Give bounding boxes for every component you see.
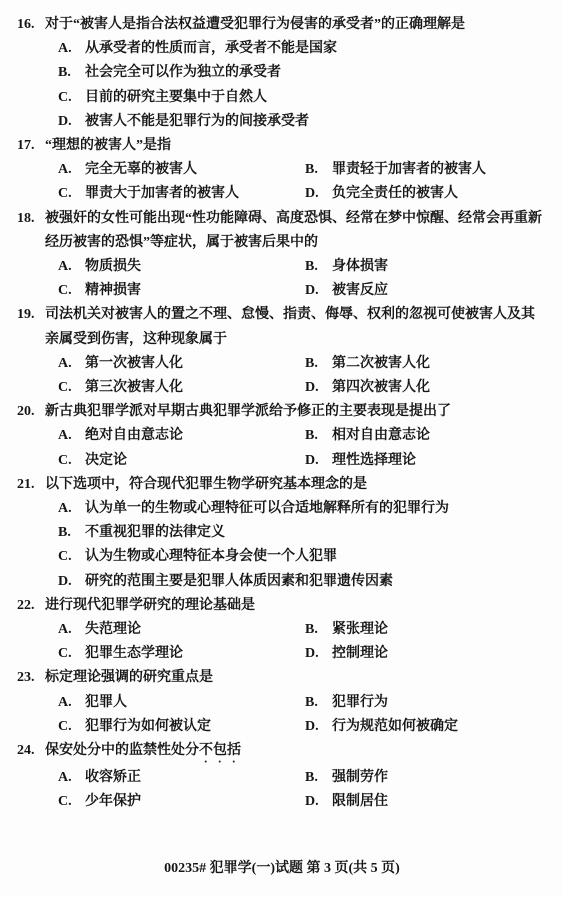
option-text: 物质损失 [85,259,141,274]
question-24: 24. 保安处分中的监禁性处分不包括 A.收容矫正 B.强制劳作 C.少年保护 … [17,739,547,814]
option-text: 身体损害 [332,259,388,274]
option-label: B. [305,255,332,279]
option-text: 犯罪行为 [332,695,388,710]
option-label: D. [58,110,85,134]
question-22: 22. 进行现代犯罪学研究的理论基础是 A.失范理论 B.紧张理论 C.犯罪生态… [17,594,547,667]
option-label: A. [58,424,85,448]
question-number: 16. [17,13,45,37]
options-list: A.收容矫正 B.强制劳作 C.少年保护 D.限制居住 [58,766,547,814]
option-label: D. [305,376,332,400]
option-label: C. [58,376,85,400]
option-24-a: A.收容矫正 [58,766,305,790]
option-text: 目前的研究主要集中于自然人 [85,90,267,105]
option-text: 第一次被害人化 [85,356,183,371]
option-24-c: C.少年保护 [58,790,305,814]
option-20-c: C.决定论 [58,449,305,473]
question-stem: 以下选项中，符合现代犯罪生物学研究基本理念的是 [45,473,547,497]
option-17-a: A.完全无辜的被害人 [58,158,305,182]
option-22-c: C.犯罪生态学理论 [58,642,305,666]
option-17-d: D.负完全责任的被害人 [305,182,547,206]
question-stem-row: 24. 保安处分中的监禁性处分不包括 [17,739,547,766]
option-label: A. [58,352,85,376]
option-label: B. [305,352,332,376]
question-number: 20. [17,400,45,424]
option-label: B. [58,521,85,545]
option-text: 决定论 [85,453,127,468]
question-stem-row: 23. 标定理论强调的研究重点是 [17,666,547,690]
question-19: 19. 司法机关对被害人的置之不理、怠慢、指责、侮辱、权利的忽视可使被害人及其亲… [17,303,547,400]
options-list: A.失范理论 B.紧张理论 C.犯罪生态学理论 D.控制理论 [58,618,547,666]
question-stem-row: 16. 对于“被害人是指合法权益遭受犯罪行为侵害的承受者”的正确理解是 [17,13,547,37]
option-text: 控制理论 [332,646,388,661]
option-label: D. [305,715,332,739]
option-23-d: D.行为规范如何被确定 [305,715,547,739]
question-number: 24. [17,739,45,763]
question-stem-emphasis: 不包括 [199,743,241,758]
option-19-b: B.第二次被害人化 [305,352,547,376]
question-stem: 标定理论强调的研究重点是 [45,666,547,690]
option-text: 研究的范围主要是犯罪人体质因素和犯罪遗传因素 [85,574,393,589]
option-label: D. [305,279,332,303]
option-18-d: D.被害反应 [305,279,547,303]
question-stem-text: 保安处分中的监禁性处分 [45,743,199,758]
options-list: A.从承受者的性质而言，承受者不能是国家 B.社会完全可以作为独立的承受者 C.… [58,37,547,134]
option-label: A. [58,691,85,715]
option-label: B. [305,618,332,642]
option-21-c: C.认为生物或心理特征本身会使一个人犯罪 [58,545,547,569]
option-17-c: C.罪责大于加害者的被害人 [58,182,305,206]
question-number: 17. [17,134,45,158]
option-20-b: B.相对自由意志论 [305,424,547,448]
option-label: C. [58,182,85,206]
option-label: C. [58,545,85,569]
option-21-b: B.不重视犯罪的法律定义 [58,521,547,545]
option-16-c: C.目前的研究主要集中于自然人 [58,86,547,110]
option-label: D. [305,449,332,473]
option-label: D. [305,790,332,814]
option-text: 少年保护 [85,794,141,809]
option-text: 第四次被害人化 [332,380,430,395]
question-20: 20. 新古典犯罪学派对早期古典犯罪学派给予修正的主要表现是提出了 A.绝对自由… [17,400,547,473]
option-label: C. [58,86,85,110]
option-24-d: D.限制居住 [305,790,547,814]
question-number: 21. [17,473,45,497]
option-text: 完全无辜的被害人 [85,162,197,177]
option-text: 第二次被害人化 [332,356,430,371]
option-label: A. [58,37,85,61]
question-stem: 对于“被害人是指合法权益遭受犯罪行为侵害的承受者”的正确理解是 [45,13,547,37]
option-16-b: B.社会完全可以作为独立的承受者 [58,61,547,85]
option-label: B. [305,158,332,182]
option-text: 精神损害 [85,283,141,298]
option-label: A. [58,255,85,279]
question-17: 17. “理想的被害人”是指 A.完全无辜的被害人 B.罪责轻于加害者的被害人 … [17,134,547,207]
option-text: 强制劳作 [332,770,388,785]
option-label: B. [305,766,332,790]
option-18-c: C.精神损害 [58,279,305,303]
options-list: A.完全无辜的被害人 B.罪责轻于加害者的被害人 C.罪责大于加害者的被害人 D… [58,158,547,206]
option-18-b: B.身体损害 [305,255,547,279]
option-label: A. [58,618,85,642]
option-text: 犯罪行为如何被认定 [85,719,211,734]
question-stem-row: 22. 进行现代犯罪学研究的理论基础是 [17,594,547,618]
option-label: D. [305,642,332,666]
option-text: 社会完全可以作为独立的承受者 [85,65,281,80]
option-label: C. [58,449,85,473]
option-17-b: B.罪责轻于加害者的被害人 [305,158,547,182]
option-19-a: A.第一次被害人化 [58,352,305,376]
exam-page: 16. 对于“被害人是指合法权益遭受犯罪行为侵害的承受者”的正确理解是 A.从承… [0,0,563,881]
question-stem-row: 21. 以下选项中，符合现代犯罪生物学研究基本理念的是 [17,473,547,497]
option-text: 负完全责任的被害人 [332,186,458,201]
options-list: A.认为单一的生物或心理特征可以合适地解释所有的犯罪行为 B.不重视犯罪的法律定… [58,497,547,594]
question-stem-row: 17. “理想的被害人”是指 [17,134,547,158]
options-list: A.犯罪人 B.犯罪行为 C.犯罪行为如何被认定 D.行为规范如何被确定 [58,691,547,739]
option-text: 失范理论 [85,622,141,637]
option-text: 理性选择理论 [332,453,416,468]
option-16-d: D.被害人不能是犯罪行为的间接承受者 [58,110,547,134]
question-number: 22. [17,594,45,618]
option-label: A. [58,766,85,790]
option-19-d: D.第四次被害人化 [305,376,547,400]
option-label: D. [305,182,332,206]
option-22-b: B.紧张理论 [305,618,547,642]
question-stem: 新古典犯罪学派对早期古典犯罪学派给予修正的主要表现是提出了 [45,400,547,424]
option-label: B. [305,424,332,448]
option-text: 绝对自由意志论 [85,428,183,443]
option-text: 第三次被害人化 [85,380,183,395]
question-23: 23. 标定理论强调的研究重点是 A.犯罪人 B.犯罪行为 C.犯罪行为如何被认… [17,666,547,739]
option-22-d: D.控制理论 [305,642,547,666]
option-label: A. [58,158,85,182]
question-stem: 司法机关对被害人的置之不理、怠慢、指责、侮辱、权利的忽视可使被害人及其亲属受到伤… [45,303,547,351]
option-text: 犯罪生态学理论 [85,646,183,661]
option-19-c: C.第三次被害人化 [58,376,305,400]
question-stem-row: 20. 新古典犯罪学派对早期古典犯罪学派给予修正的主要表现是提出了 [17,400,547,424]
option-text: 收容矫正 [85,770,141,785]
option-label: B. [58,61,85,85]
option-label: B. [305,691,332,715]
option-text: 被害反应 [332,283,388,298]
question-stem: 保安处分中的监禁性处分不包括 [45,739,547,766]
option-18-a: A.物质损失 [58,255,305,279]
options-list: A.物质损失 B.身体损害 C.精神损害 D.被害反应 [58,255,547,303]
question-number: 19. [17,303,45,327]
question-number: 23. [17,666,45,690]
option-label: C. [58,715,85,739]
option-text: 从承受者的性质而言，承受者不能是国家 [85,41,337,56]
question-stem-row: 18. 被强奸的女性可能出现“性功能障碍、高度恐惧、经常在梦中惊醒、经常会再重新… [17,207,547,255]
question-number: 18. [17,207,45,231]
option-text: 罪责轻于加害者的被害人 [332,162,486,177]
question-stem-row: 19. 司法机关对被害人的置之不理、怠慢、指责、侮辱、权利的忽视可使被害人及其亲… [17,303,547,351]
options-list: A.第一次被害人化 B.第二次被害人化 C.第三次被害人化 D.第四次被害人化 [58,352,547,400]
option-21-a: A.认为单一的生物或心理特征可以合适地解释所有的犯罪行为 [58,497,547,521]
option-text: 紧张理论 [332,622,388,637]
option-text: 不重视犯罪的法律定义 [85,525,225,540]
option-text: 相对自由意志论 [332,428,430,443]
option-text: 犯罪人 [85,695,127,710]
question-stem: “理想的被害人”是指 [45,134,547,158]
options-list: A.绝对自由意志论 B.相对自由意志论 C.决定论 D.理性选择理论 [58,424,547,472]
option-label: C. [58,279,85,303]
option-22-a: A.失范理论 [58,618,305,642]
option-23-c: C.犯罪行为如何被认定 [58,715,305,739]
option-16-a: A.从承受者的性质而言，承受者不能是国家 [58,37,547,61]
option-label: C. [58,642,85,666]
option-text: 认为生物或心理特征本身会使一个人犯罪 [85,549,337,564]
option-20-a: A.绝对自由意志论 [58,424,305,448]
page-footer: 00235# 犯罪学(一)试题 第 3 页(共 5 页) [17,857,547,881]
option-text: 认为单一的生物或心理特征可以合适地解释所有的犯罪行为 [85,501,449,516]
option-20-d: D.理性选择理论 [305,449,547,473]
question-stem: 进行现代犯罪学研究的理论基础是 [45,594,547,618]
option-21-d: D.研究的范围主要是犯罪人体质因素和犯罪遗传因素 [58,570,547,594]
question-16: 16. 对于“被害人是指合法权益遭受犯罪行为侵害的承受者”的正确理解是 A.从承… [17,13,547,134]
option-label: C. [58,790,85,814]
option-24-b: B.强制劳作 [305,766,547,790]
question-18: 18. 被强奸的女性可能出现“性功能障碍、高度恐惧、经常在梦中惊醒、经常会再重新… [17,207,547,304]
option-23-b: B.犯罪行为 [305,691,547,715]
option-text: 罪责大于加害者的被害人 [85,186,239,201]
option-text: 行为规范如何被确定 [332,719,458,734]
option-label: A. [58,497,85,521]
option-23-a: A.犯罪人 [58,691,305,715]
question-stem: 被强奸的女性可能出现“性功能障碍、高度恐惧、经常在梦中惊醒、经常会再重新经历被害… [45,207,547,255]
option-text: 限制居住 [332,794,388,809]
option-label: D. [58,570,85,594]
question-21: 21. 以下选项中，符合现代犯罪生物学研究基本理念的是 A.认为单一的生物或心理… [17,473,547,594]
option-text: 被害人不能是犯罪行为的间接承受者 [85,114,309,129]
